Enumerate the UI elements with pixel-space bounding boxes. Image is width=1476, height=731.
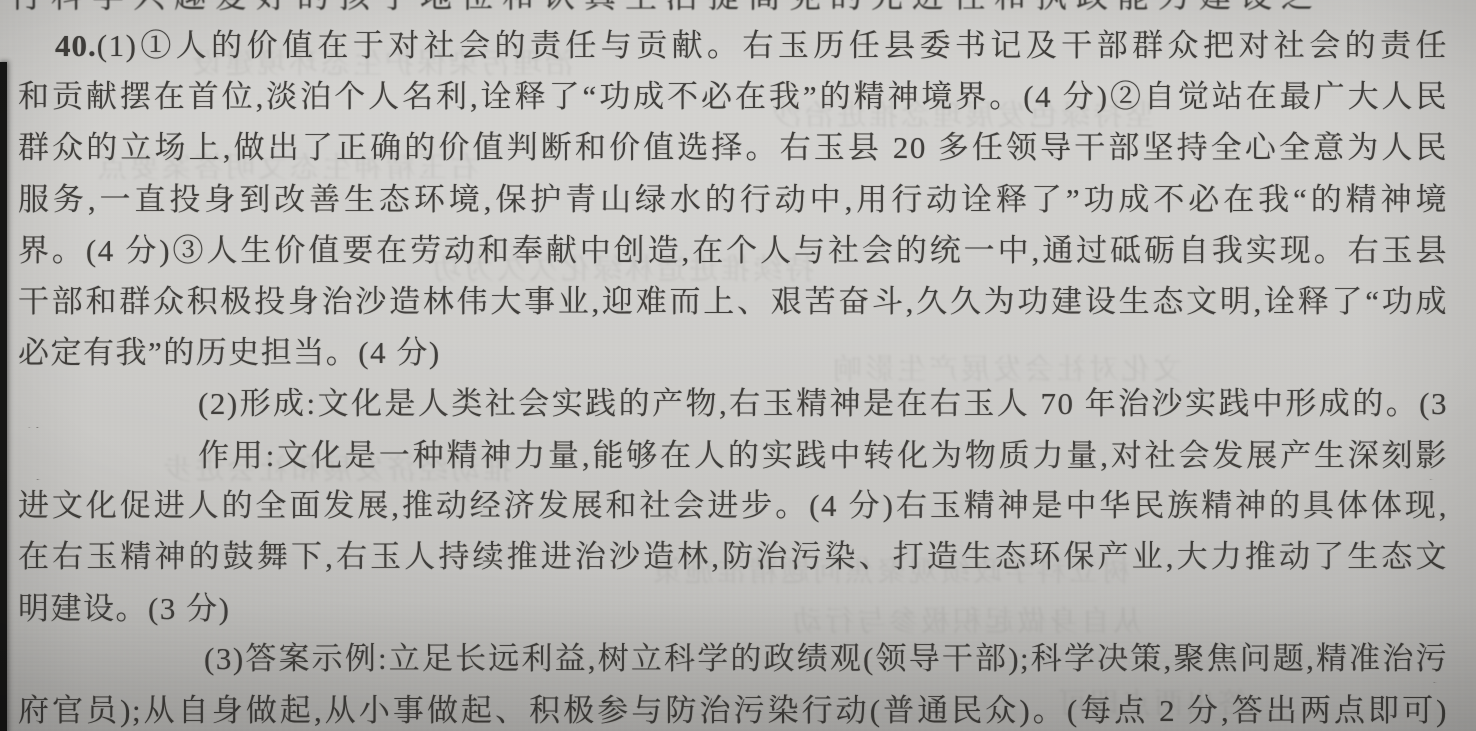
clipped-previous-line: 行科学兴趣爱好的孩子地位和认真生活提高党的先进性和执政能力建设之 — [10, 0, 1322, 18]
printed-text-layer: 行科学兴趣爱好的孩子地位和认真生活提高党的先进性和执政能力建设之 40.(1)①… — [0, 0, 1476, 731]
text-line: 界。(4 分)③人生价值要在劳动和奉献中创造,在个人与社会的统一中,通过砥砺自我… — [18, 231, 1448, 275]
text-line: 进文化促进人的全面发展,推动经济发展和社会进步。(4 分)右玉精神是中华民族精神… — [18, 486, 1448, 530]
text-line: (3)答案示例:立足长远利益,树立科学的政绩观(领导干部);科学决策,聚焦问题,… — [18, 639, 1448, 683]
text-line: 群众的立场上,做出了正确的价值判断和价值选择。右玉县 20 多任领导干部坚持全心… — [18, 128, 1448, 172]
text-line-rest: (1)①人的价值在于对社会的责任与贡献。右玉历任县委书记及干部群众把对社会的责任 — [97, 28, 1448, 63]
text-line: (2)形成:文化是人类社会实践的产物,右玉精神是在右玉人 70 年治沙实践中形成… — [18, 384, 1448, 428]
text-line: 作用:文化是一种精神力量,能够在人的实践中转化为物质力量,对社会发展产生深刻影响… — [18, 436, 1448, 480]
text-line: 明建设。(3 分) — [18, 589, 1448, 633]
text-line: 府官员);从自身做起,从小事做起、积极参与防治污染行动(普通民众)。(每点 2 … — [18, 691, 1448, 731]
text-line: 和贡献摆在首位,淡泊个人名利,诠释了“功成不必在我”的精神境界。(4 分)②自觉… — [18, 77, 1448, 121]
scan-edge-strip — [0, 62, 7, 731]
scanned-answer-page: 治理污染保护生态环境建设坚持绿色发展理念推进治沙右玉精神生态文明答案要点持续推进… — [0, 0, 1476, 731]
text-line: 必定有我”的历史担当。(4 分) — [18, 333, 1448, 377]
text-line: 在右玉精神的鼓舞下,右玉人持续推进治沙造林,防治污染、打造生态环保产业,大力推动… — [18, 537, 1448, 581]
text-line: 服务,一直投身到改善生态环境,保护青山绿水的行动中,用行动诠释了”功成不必在我“… — [18, 180, 1448, 224]
text-line: 干部和群众积极投身治沙造林伟大事业,迎难而上、艰苦奋斗,久久为功建设生态文明,诠… — [18, 282, 1448, 326]
question-number: 40. — [55, 28, 97, 63]
text-line: 40.(1)①人的价值在于对社会的责任与贡献。右玉历任县委书记及干部群众把对社会… — [18, 26, 1448, 70]
